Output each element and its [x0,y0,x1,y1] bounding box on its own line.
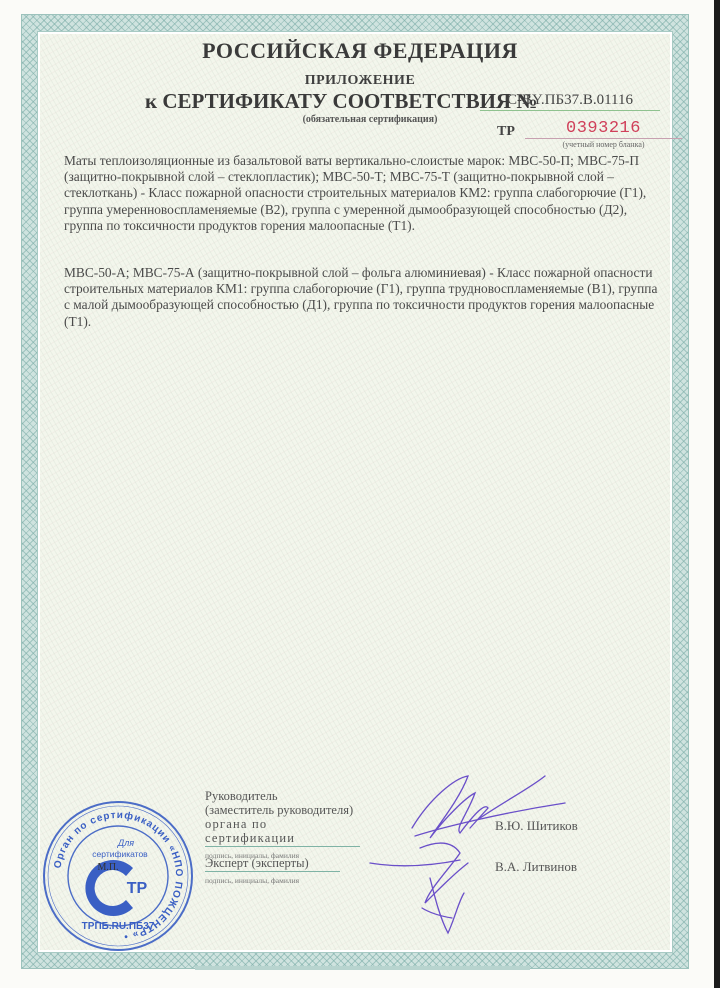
printer-imprint [195,966,530,970]
head-role-line-3: органа по сертификации [205,817,360,847]
handwritten-signature [360,768,580,938]
certificate-title: к СЕРТИФИКАТУ СООТВЕТСТВИЯ № [145,89,537,114]
mp-label: М.П. [97,862,118,873]
tr-label: ТР [497,124,515,140]
official-stamp: Орган по сертификации «НПО ПОЖЦЕНТР» • Т… [38,796,198,956]
expert-caption: подпись, инициалы, фамилия [205,876,299,885]
stamp-bottom-text: ТРПБ.RU.ПБ37 [82,921,155,932]
certification-type: (обязательная сертификация) [200,114,540,125]
scan-edge [714,0,720,988]
expert-signature-block: Эксперт (эксперты) подпись, инициалы, фа… [205,856,340,888]
blank-number: 0393216 [525,119,682,139]
appendix-heading: ПРИЛОЖЕНИЕ [0,73,720,89]
product-paragraph-2: МВС-50-А; МВС-75-А (защитно-покрывной сл… [64,265,664,330]
head-role-line-1: Руководитель [205,789,360,803]
stamp-logo-letters: ТР [127,880,148,897]
expert-role: Эксперт (эксперты) [205,856,340,872]
product-paragraph-1: Маты теплоизоляционные из базальтовой ва… [64,153,664,234]
certificate-number: С-BY.ПБ37.В.01116 [480,92,660,111]
stamp-center-top: Для [117,838,134,848]
country-title: РОССИЙСКАЯ ФЕДЕРАЦИЯ [0,38,720,64]
blank-number-caption: (учетный номер бланка) [525,140,682,149]
stamp-center-bottom: сертификатов [92,849,148,859]
head-role-line-2: (заместитель руководителя) [205,803,360,817]
head-signature-block: Руководитель (заместитель руководителя) … [205,789,360,863]
